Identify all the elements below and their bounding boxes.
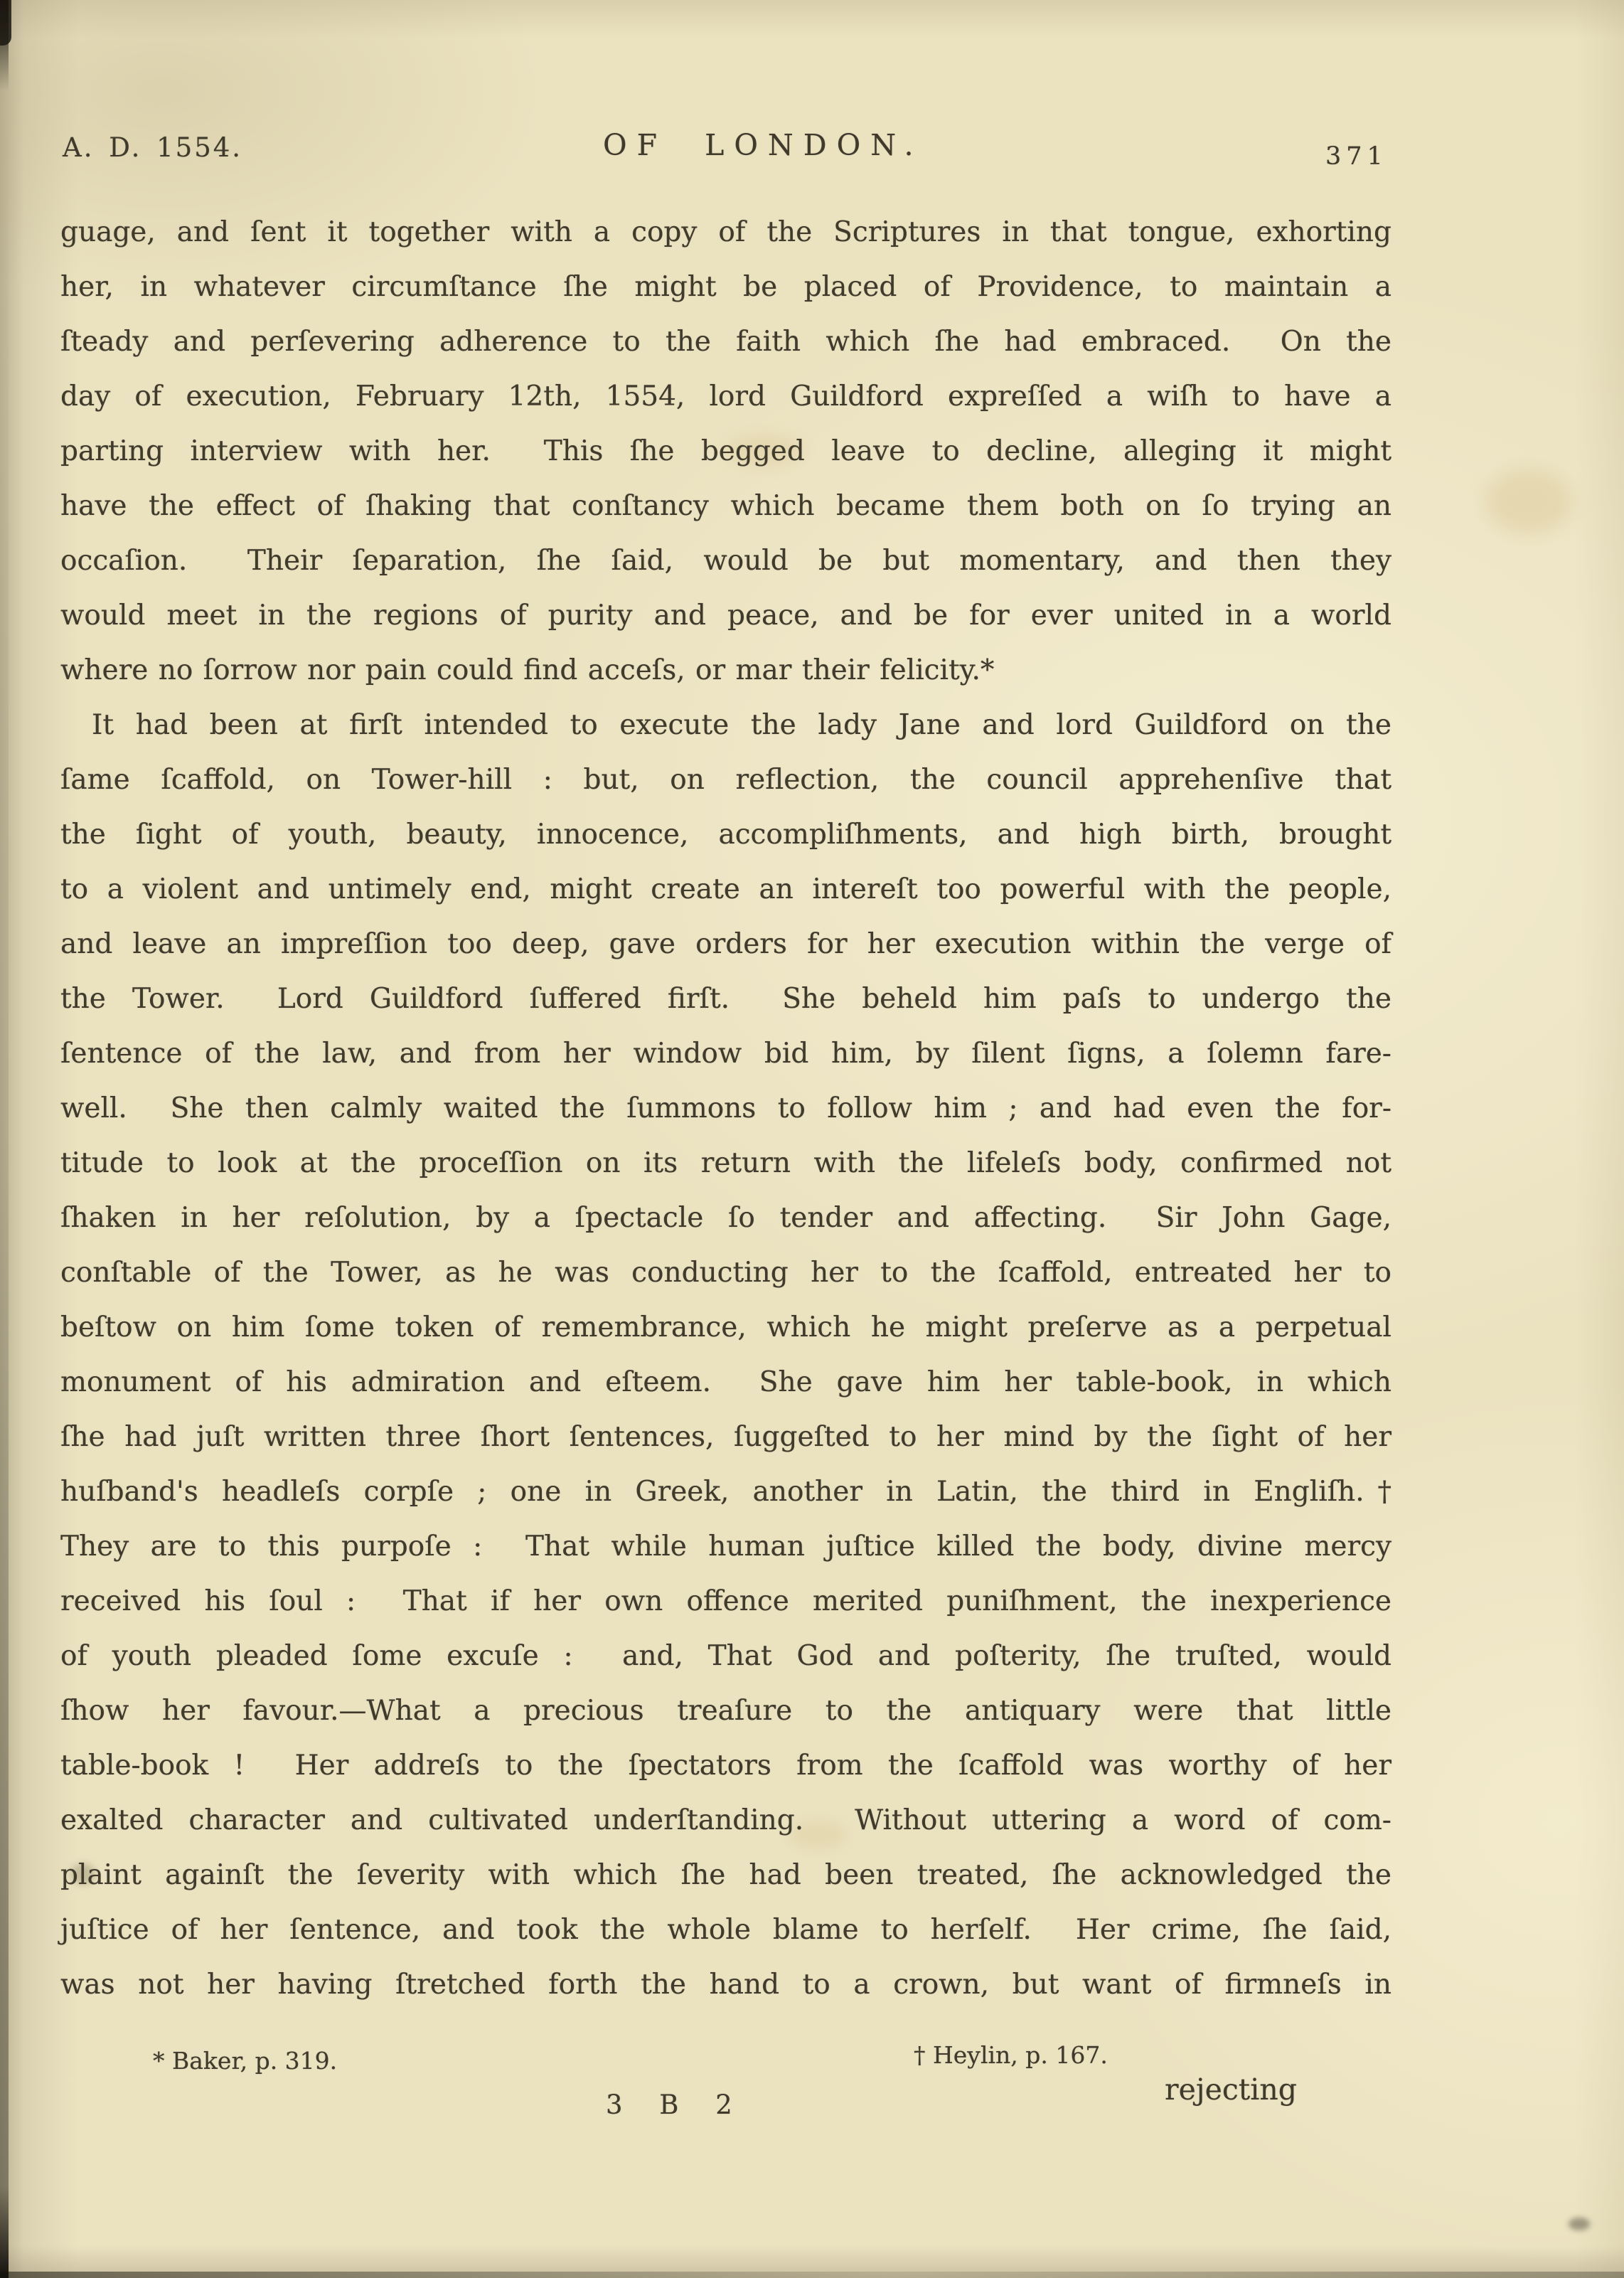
- text-line: ſentence of the law, and from her window…: [60, 1026, 1391, 1081]
- body-text: guage, and ſent it together with a copy …: [60, 205, 1391, 2012]
- text-line: have the effect of ſhaking that conſtanc…: [60, 479, 1391, 533]
- text-line: beſtow on him ſome token of remembrance,…: [60, 1300, 1391, 1355]
- text-line: received his ſoul : That if her own offe…: [60, 1574, 1391, 1629]
- book-page-scan: A. D. 1554. OF LONDON. 371 guage, and ſe…: [0, 0, 1624, 2278]
- text-line: parting interview with her. This ſhe beg…: [60, 424, 1391, 479]
- text-line: her, in whatever circumſtance ſhe might …: [60, 260, 1391, 314]
- footnote-heylin: † Heylin, p. 167.: [914, 2041, 1108, 2069]
- text-line: ſame ſcaffold, on Tower-hill : but, on r…: [60, 752, 1391, 807]
- signature-mark: 3 B 2: [606, 2090, 747, 2120]
- text-line: exalted character and cultivated underſt…: [60, 1793, 1391, 1848]
- bottom-right-smudge: [1569, 2218, 1590, 2230]
- text-line: monument of his admiration and eſteem. S…: [60, 1355, 1391, 1410]
- left-edge-shadow: [0, 0, 9, 2278]
- text-line: where no ſorrow nor pain could find acce…: [60, 643, 1391, 698]
- text-line: plaint againſt the ſeverity with which ſ…: [60, 1848, 1391, 1902]
- bottom-edge-shadow: [0, 2272, 1624, 2278]
- text-line: guage, and ſent it together with a copy …: [60, 205, 1391, 260]
- top-left-corner-mark: [0, 0, 11, 46]
- text-line: conſtable of the Tower, as he was conduc…: [60, 1245, 1391, 1300]
- text-line: ſteady and perſevering adherence to the …: [60, 314, 1391, 369]
- text-line: well. She then calmly waited the ſummons…: [60, 1081, 1391, 1136]
- page-number: 371: [1325, 142, 1388, 171]
- text-line: day of execution, February 12th, 1554, l…: [60, 369, 1391, 424]
- text-line: the Tower. Lord Guildford ſuffered firſt…: [60, 972, 1391, 1026]
- text-line: table-book ! Her addreſs to the ſpectato…: [60, 1738, 1391, 1793]
- text-line: ſhow her favour.—What a precious treaſur…: [60, 1683, 1391, 1738]
- text-line: huſband's headleſs corpſe ; one in Greek…: [60, 1464, 1391, 1519]
- paragraph: It had been at firſt intended to execute…: [60, 698, 1391, 2012]
- text-line: to a violent and untimely end, might cre…: [60, 862, 1391, 917]
- text-line: occaſion. Their ſeparation, ſhe ſaid, wo…: [60, 533, 1391, 588]
- text-line: and leave an impreſſion too deep, gave o…: [60, 917, 1391, 972]
- text-line: ſhe had juſt written three ſhort ſentenc…: [60, 1410, 1391, 1464]
- text-line: was not her having ſtretched forth the h…: [60, 1957, 1391, 2012]
- footnote-baker: * Baker, p. 319.: [153, 2047, 337, 2075]
- text-line: ſhaken in her reſolution, by a ſpectacle…: [60, 1191, 1391, 1245]
- running-head-date: A. D. 1554.: [63, 132, 242, 163]
- text-line: juſtice of her ſentence, and took the wh…: [60, 1902, 1391, 1957]
- text-line: of youth pleaded ſome excuſe : and, That…: [60, 1629, 1391, 1683]
- running-head-title: OF LONDON.: [603, 128, 924, 162]
- text-line: the ſight of youth, beauty, innocence, a…: [60, 807, 1391, 862]
- catchword: rejecting: [1165, 2072, 1297, 2107]
- text-line: It had been at firſt intended to execute…: [60, 698, 1391, 752]
- paragraph: guage, and ſent it together with a copy …: [60, 205, 1391, 698]
- text-line: would meet in the regions of purity and …: [60, 588, 1391, 643]
- text-line: They are to this purpoſe : That while hu…: [60, 1519, 1391, 1574]
- text-line: titude to look at the proceſſion on its …: [60, 1136, 1391, 1191]
- paper-stain: [1486, 469, 1571, 533]
